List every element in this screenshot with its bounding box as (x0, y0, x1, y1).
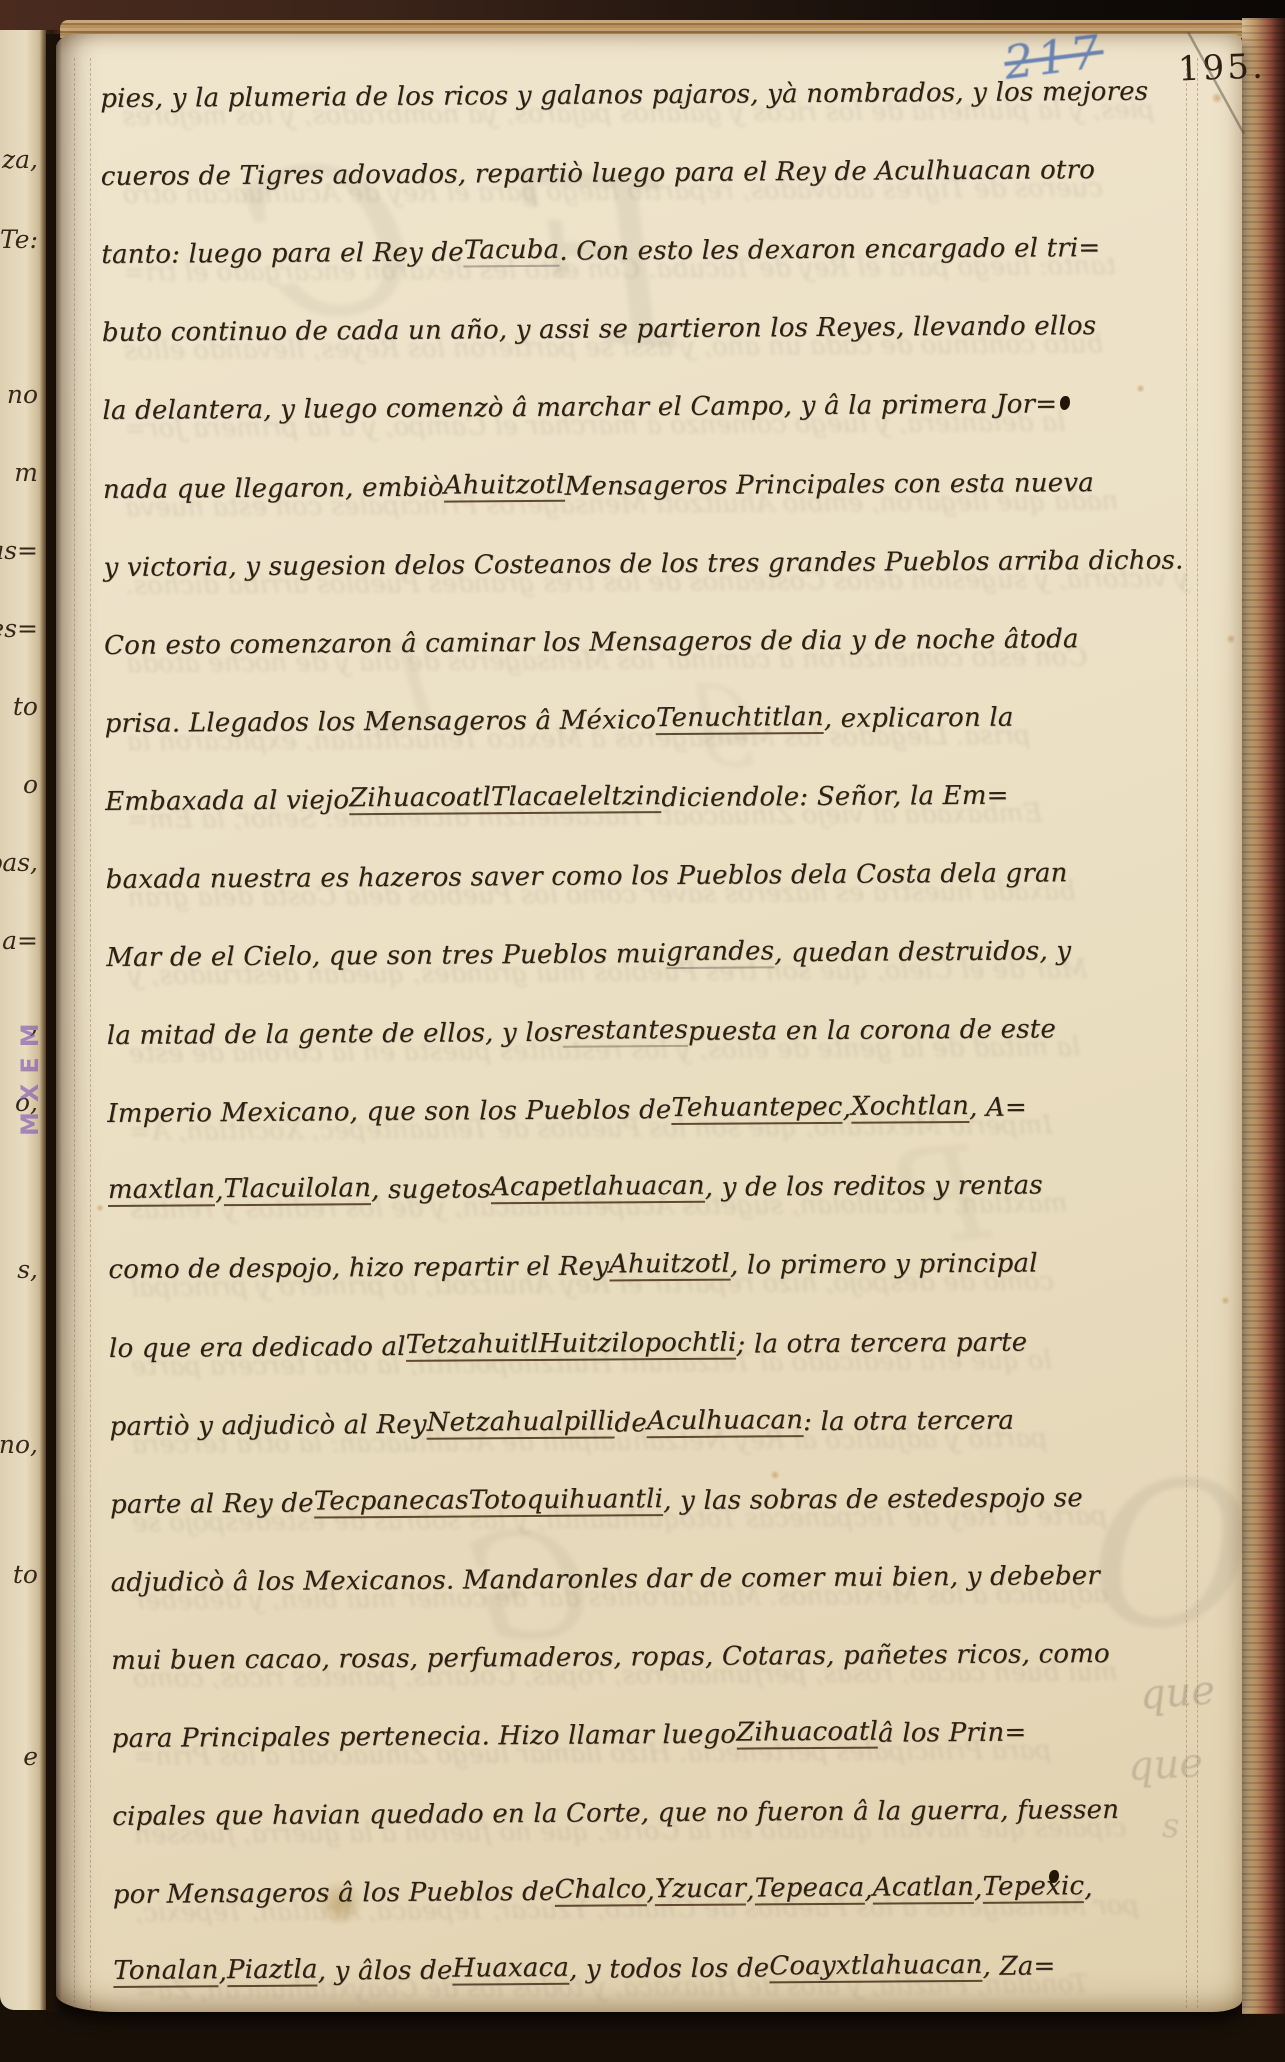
text-segment: lo que era dedicado al (109, 1333, 406, 1361)
text-segment: mui buen cacao, rosas, perfumaderos, rop… (111, 1641, 1110, 1674)
underlined-word: Zihuacoatl (349, 784, 491, 815)
manuscript-line: Mar de el Cielo, que son tres Pueblos mu… (106, 911, 1237, 997)
underlined-word: Yzucar (655, 1876, 747, 1907)
text-segment: Mensageros Principales con esta nueva (565, 470, 1094, 500)
text-segment: , (864, 1877, 873, 1903)
text-segment: , (218, 1959, 227, 1985)
text-segment: , (1084, 1875, 1093, 1901)
underlined-word: Xochtlan (851, 1093, 969, 1124)
manuscript-line: y victoria, y sugesion delos Costeanos d… (103, 521, 1234, 607)
underlined-word: grandes (666, 938, 774, 969)
text-segment: , Za= (982, 1954, 1055, 1981)
text-segment: , y âlos de (318, 1958, 453, 1985)
text-segment: ; la otra tercera parte (736, 1329, 1027, 1357)
underlined-word: Ahuitzotl (609, 1251, 730, 1282)
underlined-word: Acatlan (873, 1874, 974, 1905)
manuscript-line: cipales que havian quedado en la Corte, … (112, 1770, 1243, 1856)
facing-page-word-fragment: es= (0, 614, 38, 643)
text-segment: la mitad de la gente de ellos, y los (107, 1020, 564, 1049)
facing-page-word-fragment: pas, (0, 848, 38, 877)
text-segment: diciendole: Señor, la Em= (661, 783, 1008, 811)
manuscript-line: por Mensageros â los Pueblos de Chalco, … (113, 1848, 1244, 1934)
manuscript-page: pies, y la plumeria de los ricos y galan… (56, 34, 1242, 2012)
text-segment: , lo primero y principal (730, 1251, 1038, 1279)
manuscript-line: adjudicò â los Mexicanos. Mandaronles da… (110, 1536, 1241, 1622)
text-segment: adjudicò â los Mexicanos. Mandaronles da… (111, 1563, 1101, 1596)
underlined-word: Tonalan (113, 1958, 218, 1989)
facing-page-word-fragment: to (13, 692, 38, 721)
text-segment: , (974, 1876, 983, 1902)
facing-page-word-fragment: no, (0, 1430, 38, 1459)
text-segment: , A= (969, 1095, 1027, 1121)
underlined-word: Huaxaca (452, 1955, 569, 1986)
manuscript-photo: za,Te:nomas=es=toopas,a=,o,s,no,toe MXEM… (0, 0, 1285, 2062)
text-segment: , explicaron la (824, 704, 1014, 731)
manuscript-text-block: pies, y la plumeria de los ricos y galan… (100, 52, 1244, 2012)
manuscript-line: parte al Rey de Tecpanecas Totoquihuantl… (110, 1458, 1241, 1544)
text-segment: , (842, 1096, 851, 1122)
text-segment: como de despojo, hizo repartir el Rey (108, 1254, 609, 1283)
text-segment: prisa. Llegados los Mensageros â México (105, 707, 657, 737)
underlined-word: Huitzilopochtli (539, 1329, 737, 1360)
underlined-word: Zihuacoatl (736, 1719, 878, 1750)
text-segment: . Con esto les dexaron encargado el tri= (559, 235, 1100, 265)
text-segment: , (215, 1179, 224, 1205)
manuscript-line: la mitad de la gente de ellos, y los res… (107, 989, 1238, 1075)
text-segment: partiò y adjudicò al Rey (109, 1411, 426, 1439)
manuscript-line: mui buen cacao, rosas, perfumaderos, rop… (111, 1614, 1242, 1700)
pencil-scratch (1182, 30, 1252, 150)
text-segment: Embaxada al viejo (105, 787, 349, 815)
facing-page-word-fragment: e (23, 1742, 38, 1771)
manuscript-line: Embaxada al viejo Zihuacoatl Tlacaeleltz… (105, 755, 1236, 841)
underlined-word: Tetzahuitl (406, 1331, 539, 1362)
text-segment: para Principales pertenecia. Hizo llamar… (112, 1722, 737, 1752)
text-segment: Imperio Mexicano, que son los Pueblos de (107, 1097, 671, 1127)
underlined-word: Piaztla (227, 1957, 318, 1988)
text-segment: parte al Rey de (110, 1490, 314, 1517)
text-segment: , y las sobras de estedespojo se (663, 1485, 1083, 1514)
manuscript-line: para Principales pertenecia. Hizo llamar… (111, 1692, 1242, 1778)
text-segment: â los Prin= (878, 1720, 1026, 1747)
facing-page-word-fragment: s, (17, 1255, 38, 1284)
text-segment: tanto: luego para el Rey de (101, 240, 464, 269)
text-segment: , (646, 1878, 655, 1904)
underlined-word: Coayxtlahuacan (769, 1952, 982, 1983)
text-segment: , y todos los de (569, 1956, 769, 1983)
manuscript-line: buto continuo de cada un año, y assi se … (102, 286, 1233, 372)
facing-page-word-fragment: o (23, 770, 38, 799)
text-segment: la delantera, y luego comenzò â marchar … (102, 392, 1057, 425)
underlined-word: Tenuchtitlan (656, 704, 824, 735)
underlined-word: Netzahualpilli (427, 1408, 615, 1439)
manuscript-line: tanto: luego para el Rey de Tacuba. Con … (101, 208, 1232, 294)
manuscript-line: nada que llegaron, embiò Ahuitzotl Mensa… (103, 443, 1234, 529)
underlined-word: Tacuba (464, 237, 560, 268)
manuscript-line: Con esto comenzaron â caminar los Mensag… (104, 599, 1235, 685)
text-segment: de (614, 1410, 647, 1436)
manuscript-line: Tonalan, Piaztla, y âlos de Huaxaca, y t… (113, 1926, 1244, 2012)
facing-page-word-fragment: m (14, 458, 38, 487)
underlined-word: Ahuitzotl (444, 471, 565, 502)
text-segment: : la otra tercera (803, 1407, 1014, 1434)
facing-page-word-fragment: as= (0, 536, 38, 565)
underlined-word: Tecpanecas (314, 1487, 469, 1518)
text-segment: por Mensageros â los Pueblos de (113, 1879, 555, 1908)
underlined-word: Tepeaca (755, 1875, 865, 1906)
text-segment: cueros de Tigres adovados, repartiò lueg… (101, 157, 1095, 190)
text-segment: , quedan destruidos, y (774, 938, 1071, 966)
manuscript-line: partiò y adjudicò al Rey Netzahualpilli … (109, 1380, 1240, 1466)
text-segment: cipales que havian quedado en la Corte, … (112, 1797, 1119, 1830)
manuscript-line: maxtlan, Tlacuilolan, sugetos Acapetlahu… (108, 1145, 1239, 1231)
facing-page-word-fragment: za, (2, 145, 38, 174)
manuscript-line: cueros de Tigres adovados, repartiò lueg… (101, 130, 1232, 216)
facing-page-word-fragment: no (7, 380, 38, 409)
underlined-word: Tlacuilolan (224, 1175, 372, 1206)
text-segment: , (746, 1878, 755, 1904)
text-segment: y victoria, y sugesion delos Costeanos d… (103, 547, 1183, 581)
manuscript-line: baxada nuestra es hazeros saver como los… (105, 833, 1236, 919)
manuscript-line: lo que era dedicado al Tetzahuitl Huitzi… (109, 1302, 1240, 1388)
manuscript-line: como de despojo, hizo repartir el Rey Ah… (108, 1223, 1239, 1309)
facing-page-word-fragment: to (13, 1560, 38, 1589)
manuscript-line: prisa. Llegados los Mensageros â México … (104, 677, 1235, 763)
text-segment: Con esto comenzaron â caminar los Mensag… (104, 626, 1079, 659)
underlined-word: Acapetlahuacan (491, 1173, 705, 1204)
underlined-word: Aculhuacan (647, 1407, 803, 1438)
underlined-word: maxtlan (108, 1177, 215, 1208)
underlined-word: restantes (563, 1017, 688, 1048)
underlined-word: Tepexic (982, 1873, 1084, 1904)
text-segment: buto continuo de cada un año, y assi se … (102, 313, 1097, 346)
text-segment: , y de los reditos y rentas (705, 1173, 1043, 1201)
facing-page-word-fragment: Te: (0, 225, 38, 254)
underlined-word: Tlacaeleltzin (491, 783, 662, 814)
text-segment: , sugetos (371, 1177, 491, 1204)
underlined-word: Tehuantepec (671, 1094, 842, 1125)
underlined-word: Chalco (554, 1876, 646, 1907)
text-segment: pies, y la plumeria de los ricos y galan… (100, 79, 1148, 112)
underlined-word: Totoquihuantli (469, 1486, 664, 1517)
library-stamp-fragment: MXEM (16, 926, 50, 1136)
text-segment: nada que llegaron, embiò (103, 474, 444, 502)
manuscript-line: Imperio Mexicano, que son los Pueblos de… (107, 1067, 1238, 1153)
text-segment: puesta en la corona de este (688, 1017, 1056, 1046)
text-segment: baxada nuestra es hazeros saver como los… (106, 860, 1068, 893)
text-segment: Mar de el Cielo, que son tres Pueblos mu… (106, 941, 666, 971)
